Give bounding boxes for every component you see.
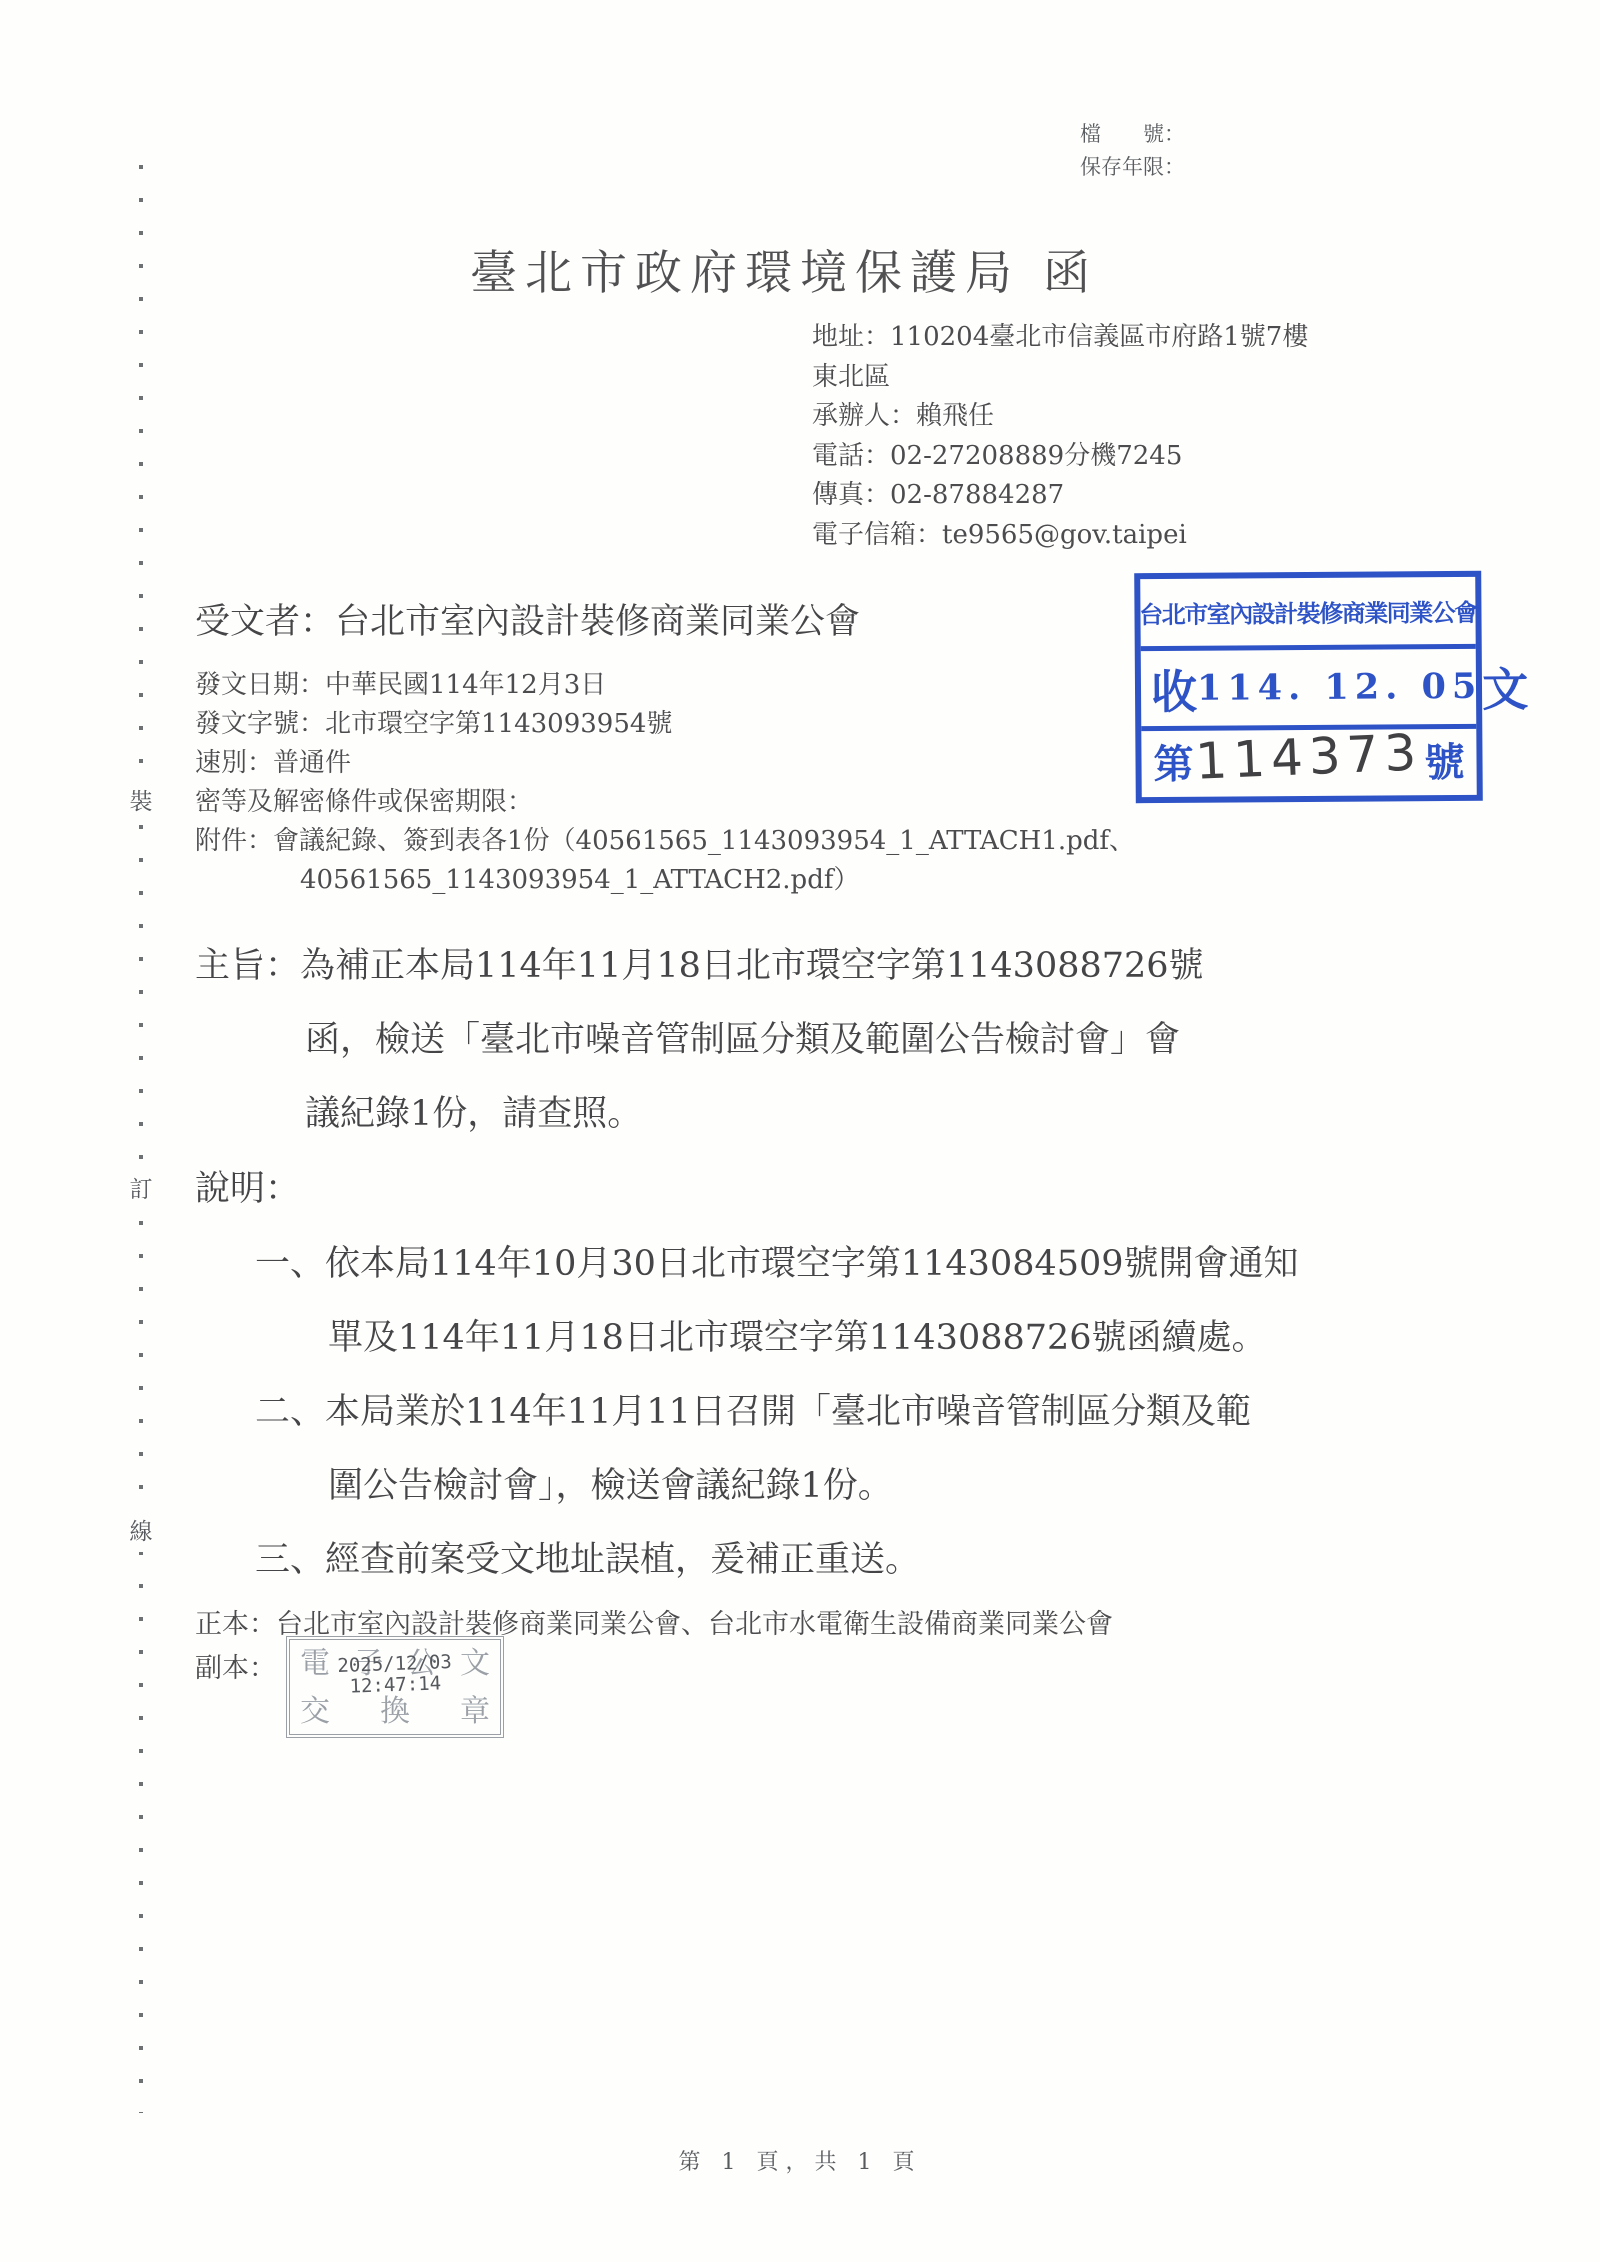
receipt-stamp-date-row: 收 114. 12. 05 文 <box>1141 649 1477 731</box>
sender-address-line1: 地址：110204臺北市信義區市府路1號7樓 <box>812 318 1308 358</box>
security-line: 密等及解密條件或保密期限： <box>195 783 1135 822</box>
sender-phone: 電話：02-27208889分機7245 <box>812 437 1308 477</box>
sender-fax: 傳真：02-87884287 <box>812 476 1308 516</box>
binding-char-zhuang: 裝 <box>127 777 155 822</box>
retention-period-label: 保存年限： <box>1080 151 1185 184</box>
receipt-stamp-doc-char: 文 <box>1482 653 1528 719</box>
description-item-2-line-1: 二、本局業於114年11月11日召開「臺北市噪音管制區分類及範 <box>255 1384 1251 1434</box>
receipt-stamp-number-row: 第 114373 號 <box>1141 729 1476 792</box>
doc-number-line: 發文字號：北市環空字第1143093954號 <box>195 705 1135 744</box>
receipt-stamp-no-prefix: 第 <box>1153 733 1193 790</box>
description-item-1-line-2: 單及114年11月18日北市環空字第1143088726號函續處。 <box>328 1310 1267 1360</box>
file-number-label: 檔 號： <box>1080 118 1185 151</box>
receipt-stamp-no-suffix: 號 <box>1424 731 1464 788</box>
exchange-stamp-char: 換 <box>380 1690 410 1734</box>
binding-char-xian: 線 <box>127 1507 155 1552</box>
receipt-stamp: 台北市室內設計裝修商業同業公會 收 114. 12. 05 文 第 114373… <box>1134 571 1483 803</box>
subject-line-2: 函，檢送「臺北市噪音管制區分類及範圍公告檢討會」會 <box>305 1012 1180 1062</box>
description-heading: 說明： <box>195 1161 300 1211</box>
archive-label-block: 檔 號： 保存年限： <box>1080 118 1185 184</box>
receipt-stamp-org: 台北市室內設計裝修商業同業公會 <box>1140 577 1475 651</box>
attachment-line-2: 40561565_1143093954_1_ATTACH2.pdf） <box>300 861 1135 900</box>
description-item-3-line-1: 三、經查前案受文地址誤植，爰補正重送。 <box>255 1532 920 1582</box>
subject-line-1: 主旨：為補正本局114年11月18日北市環空字第1143088726號 <box>195 938 1204 988</box>
electronic-exchange-stamp: 電 子 公 文 交 換 章 2025/12/03 12:47:14 <box>286 1636 504 1738</box>
cc-label: 副本： <box>195 1646 276 1685</box>
issue-date-line: 發文日期：中華民國114年12月3日 <box>195 666 1135 705</box>
receipt-stamp-handwritten-number: 114373 <box>1194 723 1423 790</box>
subject-line-3: 議紀錄1份，請查照。 <box>305 1086 642 1136</box>
receipt-stamp-date: 114. 12. 05 <box>1197 666 1482 709</box>
binding-dotted-line: 裝 訂 線 <box>139 165 143 2113</box>
document-title: 臺北市政府環境保護局 函 <box>470 236 1098 303</box>
speed-line: 速別：普通件 <box>195 744 1135 783</box>
description-item-1-line-1: 一、依本局114年10月30日北市環空字第1143084509號開會通知 <box>255 1236 1299 1286</box>
sender-address-line2: 東北區 <box>812 358 1308 398</box>
sender-contact-person: 承辦人：賴飛任 <box>812 397 1308 437</box>
receipt-stamp-receive-char: 收 <box>1151 655 1197 721</box>
sender-info-block: 地址：110204臺北市信義區市府路1號7樓 東北區 承辦人：賴飛任 電話：02… <box>812 318 1308 555</box>
recipient-line: 受文者：台北市室內設計裝修商業同業公會 <box>195 594 860 644</box>
page-number-footer: 第 1 頁，共 1 頁 <box>0 2145 1600 2176</box>
sender-email: 電子信箱：te9565@gov.taipei <box>812 516 1308 556</box>
document-page: 裝 訂 線 檔 號： 保存年限： 臺北市政府環境保護局 函 地址：110204臺… <box>0 0 1600 2262</box>
exchange-stamp-datetime: 2025/12/03 12:47:14 <box>289 1650 500 1699</box>
exchange-stamp-char: 章 <box>460 1690 490 1734</box>
description-item-2-line-2: 圍公告檢討會」，檢送會議紀錄1份。 <box>328 1458 893 1508</box>
binding-char-ding: 訂 <box>127 1165 155 1210</box>
attachment-line-1: 附件：會議紀錄、簽到表各1份（40561565_1143093954_1_ATT… <box>195 822 1135 861</box>
document-meta-block: 發文日期：中華民國114年12月3日 發文字號：北市環空字第1143093954… <box>195 666 1135 900</box>
